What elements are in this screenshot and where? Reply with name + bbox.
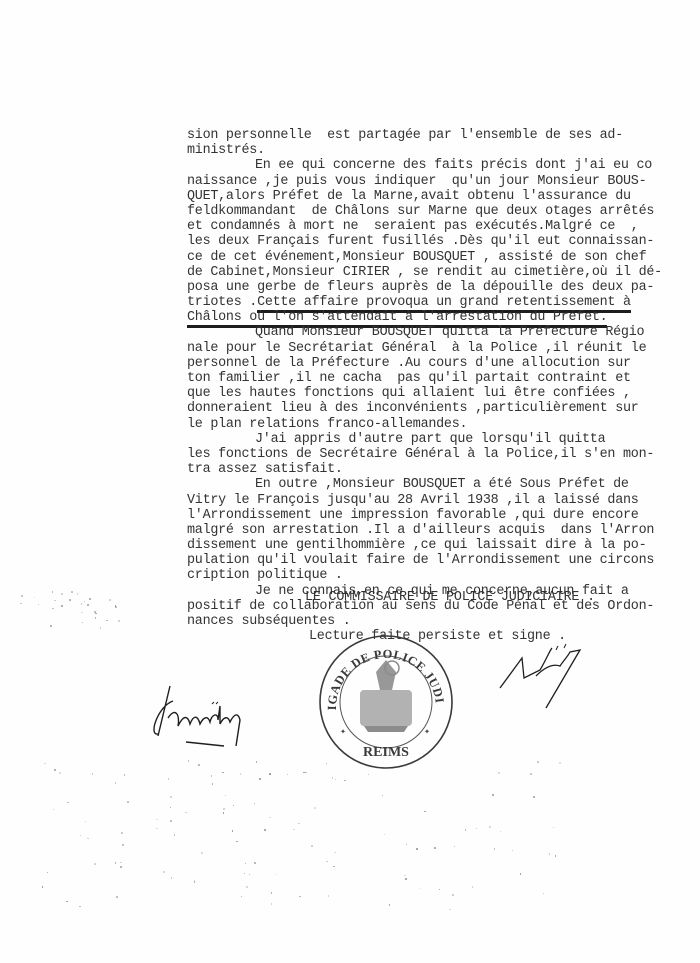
document-line: sion personnelle est partagée par l'ense… <box>187 128 700 143</box>
document-line: Vitry le François jusqu'au 28 Avril 1938… <box>187 493 700 508</box>
document-line: nale pour le Secrétariat Général à la Po… <box>187 341 700 356</box>
document-line: En outre ,Monsieur BOUSQUET a été Sous P… <box>187 477 700 492</box>
line-text: triotes . <box>187 295 257 310</box>
document-line: ce de cet événement,Monsieur BOUSQUET , … <box>187 250 700 265</box>
signature-left <box>128 676 278 756</box>
document-line: posa une gerbe de fleurs auprès de la dé… <box>187 280 700 295</box>
stamp-bottom-text: REIMS <box>363 745 409 760</box>
document-line: que les hautes fonctions qui allaient lu… <box>187 386 700 401</box>
document-line: tra assez satisfait. <box>187 462 700 477</box>
document-line: triotes .Cette affaire provoqua un grand… <box>187 295 700 310</box>
document-line: les deux Français furent fusillés .Dès q… <box>187 234 700 249</box>
document-line: QUET,alors Préfet de la Marne,avait obte… <box>187 189 700 204</box>
document-line: J'ai appris d'autre part que lorsqu'il q… <box>187 432 700 447</box>
document-line: donneraient lieu à des inconvénients ,pa… <box>187 401 700 416</box>
police-stamp: 13e BRIGADE DE POLICE JUDICIAIRE REIMS ✦… <box>316 632 456 772</box>
document-line: En ee qui concerne des faits précis dont… <box>187 158 700 173</box>
document-page: sion personnelle est partagée par l'ense… <box>0 0 700 963</box>
document-body: sion personnelle est partagée par l'ense… <box>187 128 700 644</box>
stamp-emblem-icon <box>360 660 412 732</box>
document-line: ton familier ,il ne cacha pas qu'il part… <box>187 371 700 386</box>
document-line: pulation qu'il voulait faire de l'Arrond… <box>187 553 700 568</box>
star-icon: ✦ <box>424 727 430 738</box>
document-line: et condamnés à mort ne seraient pas exéc… <box>187 219 700 234</box>
star-icon: ✦ <box>340 727 346 738</box>
document-line: cription politique . <box>187 568 700 583</box>
signature-right <box>480 636 610 716</box>
document-line: personnel de la Préfecture .Au cours d'u… <box>187 356 700 371</box>
document-line: Quand Monsieur BOUSQUET quitta la Préfec… <box>187 325 700 340</box>
document-line: l'Arrondissement une impression favorabl… <box>187 508 700 523</box>
document-line: ministrés. <box>187 143 700 158</box>
signature-block-title: LE COMMISSAIRE DE POLICE JUDICIAIRE . <box>187 590 595 605</box>
document-line: le plan relations franco-allemandes. <box>187 417 700 432</box>
document-line: dissement une gentilhommière ,ce qui lai… <box>187 538 700 553</box>
document-line: feldkommandant de Châlons sur Marne que … <box>187 204 700 219</box>
document-line: malgré son arrestation .Il a d'ailleurs … <box>187 523 700 538</box>
document-line: nances subséquentes . <box>187 614 700 629</box>
document-line: de Cabinet,Monsieur CIRIER , se rendit a… <box>187 265 700 280</box>
document-line: naissance ,je puis vous indiquer qu'un j… <box>187 174 700 189</box>
document-line: les fonctions de Secrétaire Général à la… <box>187 447 700 462</box>
